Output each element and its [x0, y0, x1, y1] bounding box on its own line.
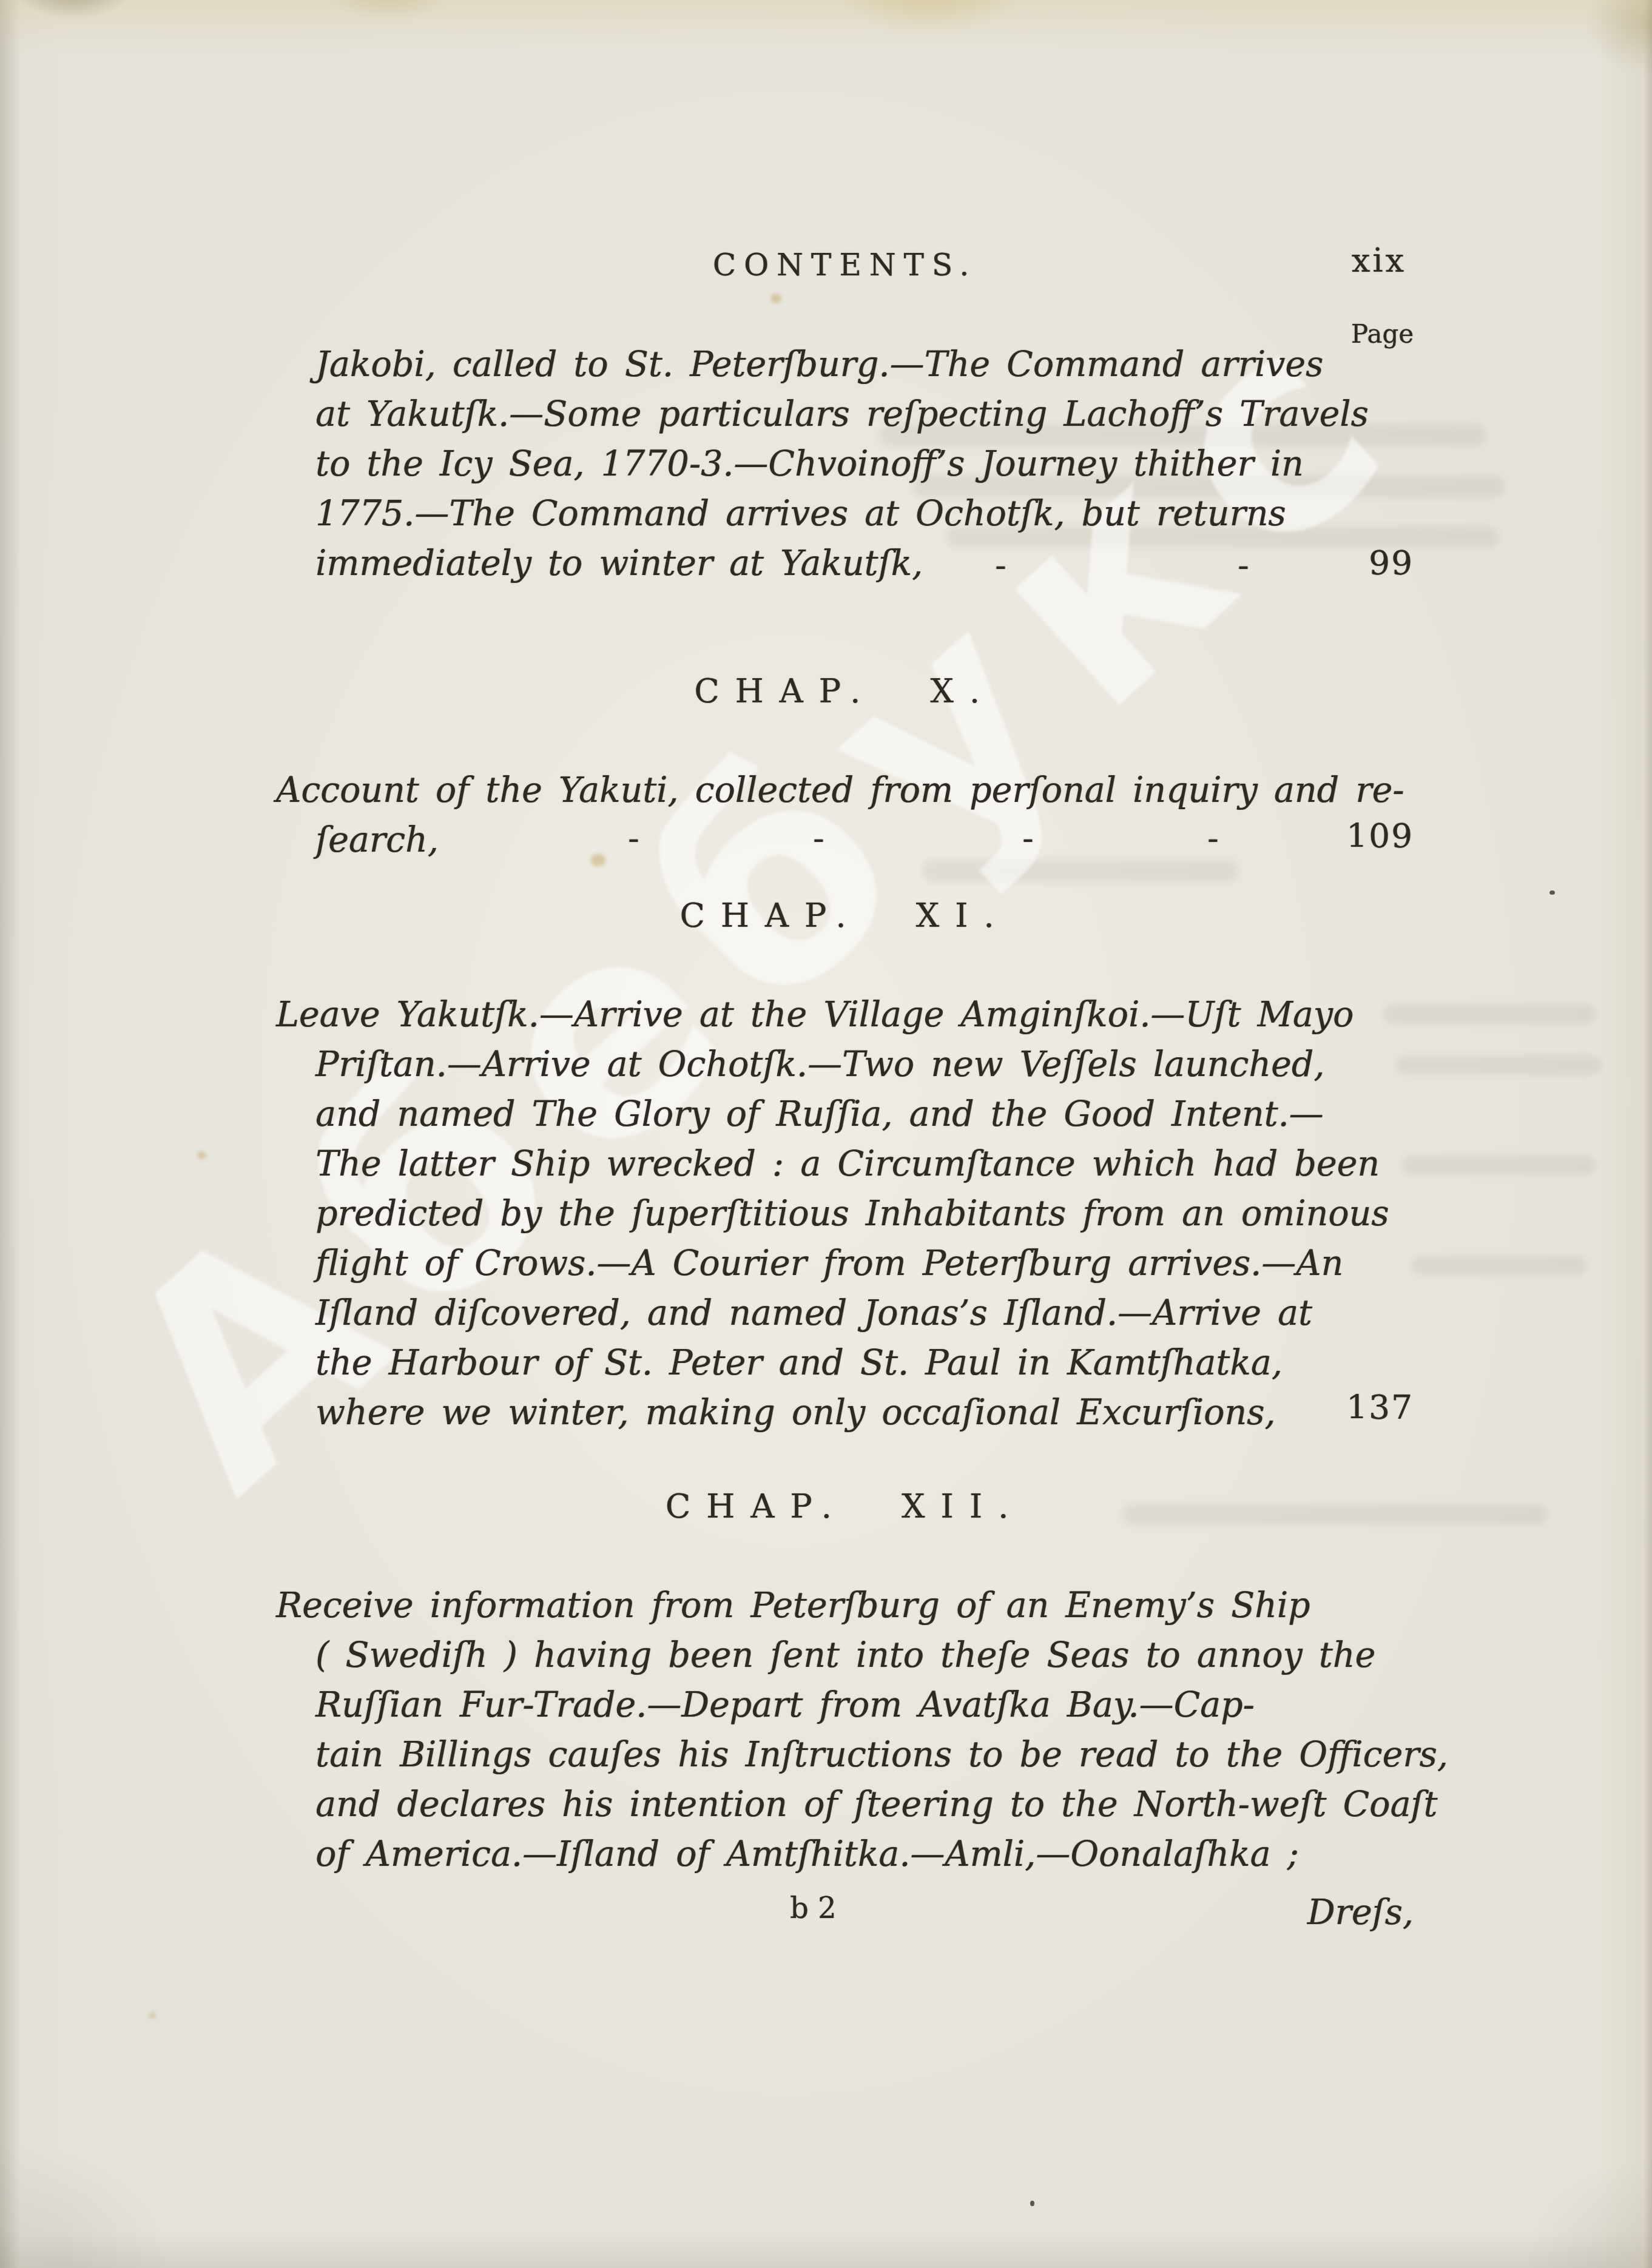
- entry-lines: Leave Yakutſk.—Arrive at the Village Amg…: [276, 990, 1414, 1438]
- toc-entry-chap-xii: Receive information from Peterſburg of a…: [276, 1581, 1414, 1879]
- text-line: and named The Glory of Ruſſia, and the G…: [276, 1089, 1414, 1139]
- foxing-spot: [770, 294, 781, 303]
- leader-dash: -: [628, 819, 639, 858]
- text-line: flight of Crows.—A Courier from Peterſbu…: [276, 1239, 1414, 1288]
- show-through-line: [1411, 1256, 1586, 1275]
- text-line: at Yakutſk.—Some particulars reſpecting …: [276, 389, 1414, 439]
- text-line: ſearch,: [276, 815, 1414, 865]
- text-line: Jakobi, called to St. Peterſburg.—The Co…: [276, 340, 1414, 389]
- chapter-heading-x: CHAP. X.: [276, 672, 1414, 710]
- signature-mark: b 2: [790, 1891, 837, 1925]
- text-line: The latter Ship wrecked : a Circumſtance…: [276, 1139, 1414, 1189]
- ink-speck: [1549, 890, 1555, 895]
- ink-speck: [1030, 2201, 1034, 2206]
- toc-page-number: 137: [1346, 1388, 1414, 1427]
- text-line: of America.—Iſland of Amtſhitka.—Amli,—O…: [276, 1829, 1414, 1879]
- text-line: Iſland diſcovered, and named Jonas’s Iſl…: [276, 1288, 1414, 1338]
- text-line: tain Billings cauſes his Inſtructions to…: [276, 1730, 1414, 1780]
- toc-page-number: 109: [1346, 816, 1414, 855]
- text-line: Priſtan.—Arrive at Ochotſk.—Two new Veſſ…: [276, 1040, 1414, 1089]
- text-line: Account of the Yakuti, collected from pe…: [276, 766, 1414, 815]
- chapter-heading-xi: CHAP. XI.: [276, 897, 1414, 935]
- toc-entry-chap-xi: Leave Yakutſk.—Arrive at the Village Amg…: [276, 990, 1414, 1438]
- entry-lines: Receive information from Peterſburg of a…: [276, 1581, 1414, 1879]
- text-line: ( Swediſh ) having been ſent into theſe …: [276, 1630, 1414, 1680]
- leader-dash: -: [813, 819, 824, 858]
- toc-entry-chap-x: Account of the Yakuti, collected from pe…: [276, 766, 1414, 865]
- text-line: where we winter, making only occaſional …: [276, 1388, 1414, 1438]
- text-line: Receive information from Peterſburg of a…: [276, 1581, 1414, 1630]
- text-line: Leave Yakutſk.—Arrive at the Village Amg…: [276, 990, 1414, 1040]
- leader-dash: -: [995, 546, 1006, 585]
- leader-dash: -: [1022, 819, 1034, 858]
- text-line: the Harbour of St. Peter and St. Paul in…: [276, 1338, 1414, 1388]
- show-through-line: [1383, 1004, 1596, 1025]
- scanned-book-page: Абебукс CONTENTS. xix Page Jakobi, calle…: [0, 0, 1652, 2268]
- toc-entry-chap-ix: Jakobi, called to St. Peterſburg.—The Co…: [276, 340, 1414, 588]
- text-line: Ruſſian Fur-Trade.—Depart from Avatſka B…: [276, 1680, 1414, 1730]
- text-line: predicted by the ſuperſtitious Inhabitan…: [276, 1189, 1414, 1239]
- chapter-heading-xii: CHAP. XII.: [276, 1487, 1414, 1526]
- foxing-spot: [197, 1151, 206, 1159]
- leader-dash: -: [1238, 546, 1249, 585]
- text-line: 1775.—The Command arrives at Ochotſk, bu…: [276, 489, 1414, 539]
- catchword: Dreſs,: [1213, 1893, 1414, 1933]
- entry-lines: Account of the Yakuti, collected from pe…: [276, 766, 1414, 865]
- show-through-line: [1395, 1055, 1602, 1075]
- show-through-line: [1401, 1156, 1596, 1175]
- leader-dash: -: [1207, 819, 1219, 858]
- text-line: and declares his intention of ſteering t…: [276, 1780, 1414, 1829]
- foxing-spot: [149, 2013, 155, 2018]
- folio-number: xix: [1213, 241, 1406, 280]
- toc-page-number: 99: [1369, 543, 1414, 582]
- text-line: to the Icy Sea, 1770-3.—Chvoinoff’s Jour…: [276, 439, 1414, 489]
